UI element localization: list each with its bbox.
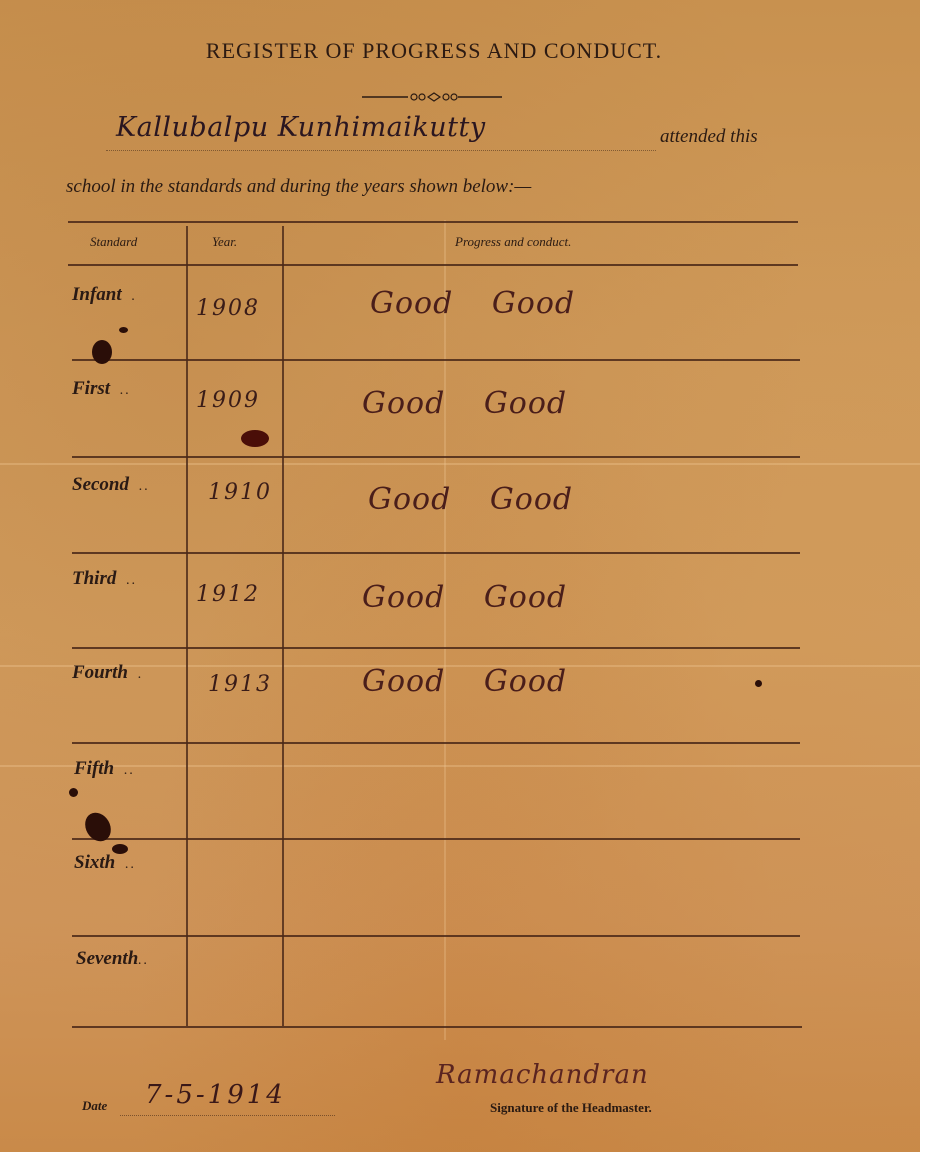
year-value: 1912: [196, 582, 260, 607]
row-rule: [72, 359, 800, 361]
progress-value: Good Good: [362, 580, 567, 615]
row-rule: [72, 935, 800, 937]
column-header-year: Year.: [212, 234, 237, 250]
ink-blot: [241, 430, 269, 447]
standard-label: Infant.: [72, 284, 137, 306]
date-label: Date: [82, 1098, 107, 1114]
standard-label: Third..: [72, 568, 137, 590]
standard-label: Seventh..: [76, 948, 149, 970]
dotted-underline: [106, 150, 656, 151]
progress-value: Good Good: [370, 286, 575, 321]
ink-blot: [69, 788, 78, 797]
table-header-rule: [68, 264, 798, 266]
ornament-divider-icon: [362, 92, 502, 102]
year-value: 1908: [196, 296, 260, 321]
year-value: 1913: [208, 672, 272, 697]
standard-label: Second..: [72, 474, 150, 496]
column-header-progress: Progress and conduct.: [455, 234, 571, 250]
student-name-line: Kallubalpu Kunhimaikutty attended this: [66, 112, 806, 156]
standard-label: First..: [72, 378, 131, 400]
document-title: REGISTER OF PROGRESS AND CONDUCT.: [0, 38, 868, 64]
headmaster-signature: Ramachandran: [436, 1060, 649, 1090]
row-rule: [72, 552, 800, 554]
intro-text-line2: school in the standards and during the y…: [66, 176, 531, 198]
standard-label: Sixth..: [74, 852, 136, 874]
year-value: 1909: [196, 388, 260, 413]
progress-value: Good Good: [362, 386, 567, 421]
date-value: 7-5-1914: [145, 1080, 286, 1110]
fold-crease-vertical: [444, 220, 446, 1040]
column-divider: [186, 226, 188, 1026]
signature-caption: Signature of the Headmaster.: [490, 1100, 652, 1116]
standard-label: Fifth..: [74, 758, 135, 780]
ink-blot: [755, 680, 762, 687]
standard-label: Fourth.: [72, 662, 143, 684]
document-paper: REGISTER OF PROGRESS AND CONDUCT. Kallub…: [0, 0, 920, 1152]
student-name: Kallubalpu Kunhimaikutty: [116, 112, 486, 143]
row-rule: [72, 456, 800, 458]
year-value: 1910: [208, 480, 272, 505]
dotted-underline: [120, 1115, 335, 1116]
ink-blot: [80, 808, 116, 846]
progress-value: Good Good: [362, 664, 567, 699]
column-divider: [282, 226, 284, 1026]
intro-text: attended this: [660, 126, 758, 148]
fold-crease: [0, 765, 920, 767]
fold-crease: [0, 463, 920, 465]
row-rule: [72, 647, 800, 649]
ink-blot: [119, 327, 128, 333]
ink-blot: [112, 844, 128, 854]
table-top-rule: [68, 221, 798, 223]
ink-blot: [92, 340, 112, 364]
progress-value: Good Good: [368, 482, 573, 517]
column-header-standard: Standard: [90, 234, 137, 250]
row-rule: [72, 742, 800, 744]
row-rule: [72, 838, 800, 840]
table-bottom-rule: [72, 1026, 802, 1028]
